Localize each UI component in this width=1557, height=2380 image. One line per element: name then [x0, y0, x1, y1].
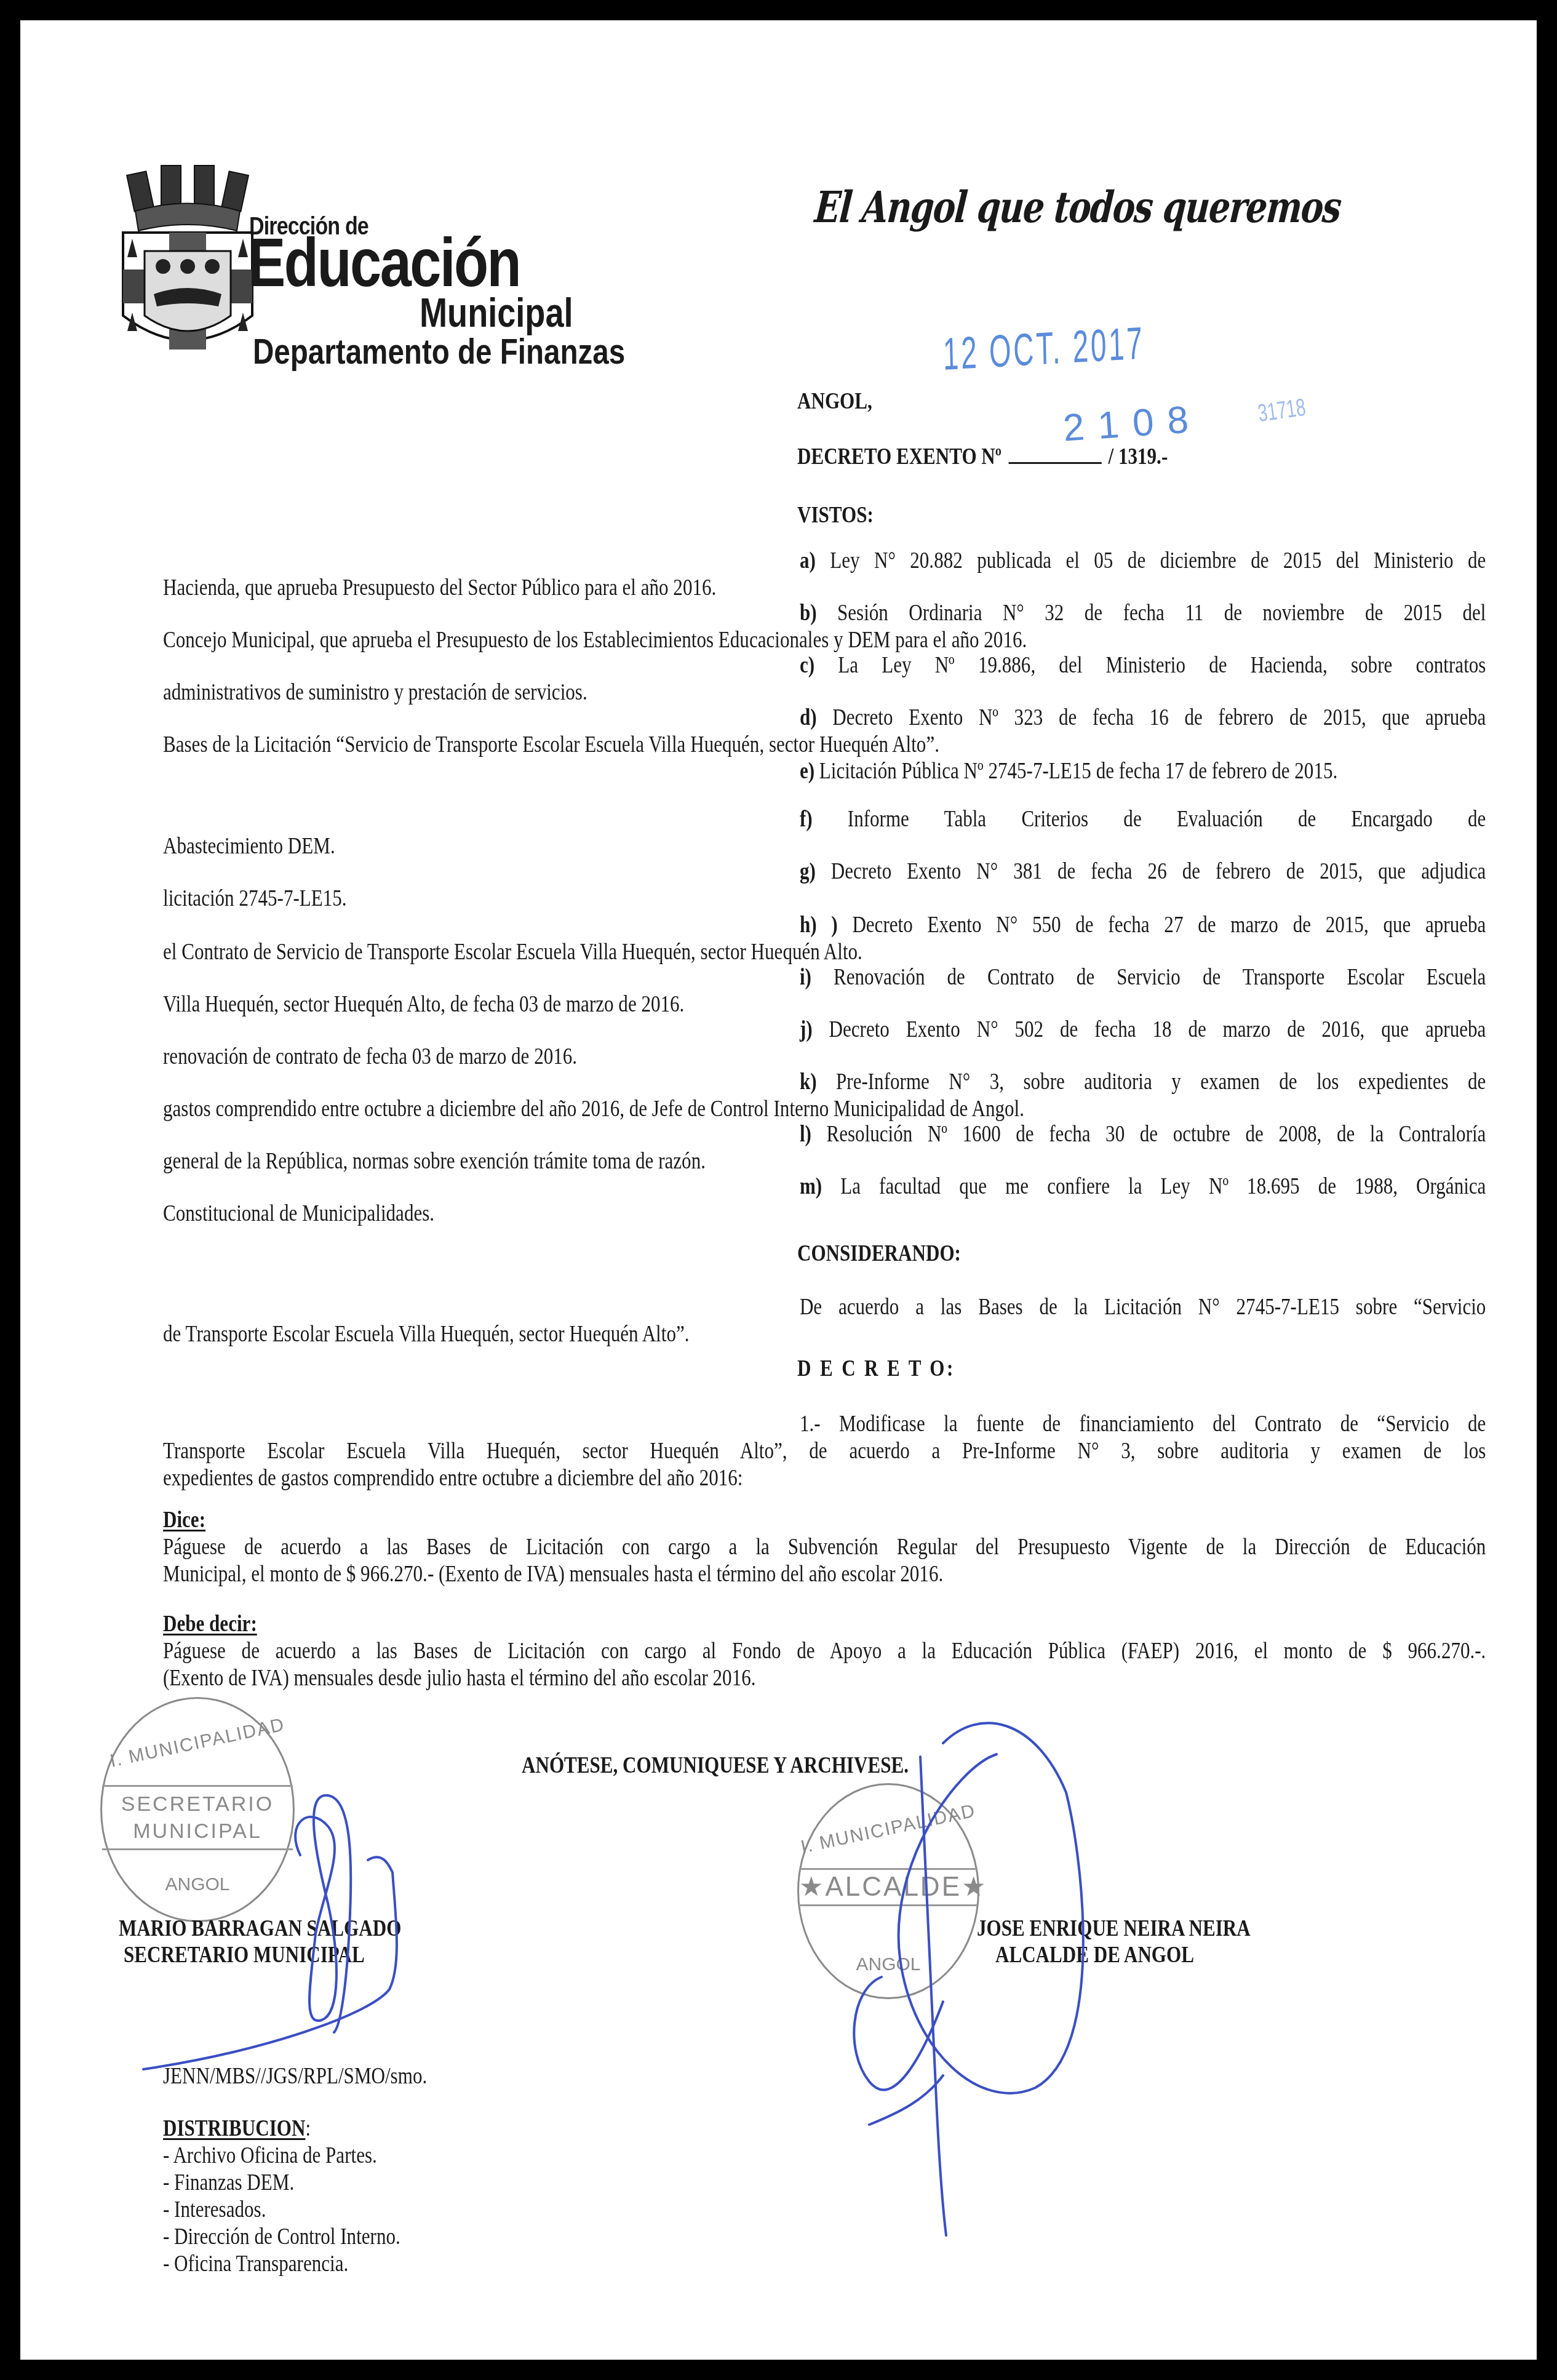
signatory-2-title: ALCALDE DE ANGOL — [995, 1942, 1194, 1969]
city-label: ANGOL, — [797, 388, 872, 415]
vistos-item-continuation: Concejo Municipal, que aprueba el Presup… — [163, 627, 1486, 654]
considerando-heading: CONSIDERANDO: — [797, 1240, 961, 1268]
vistos-item-label: f) — [800, 807, 813, 832]
vistos-item-continuation: gastos comprendido entre octubre a dicie… — [163, 1096, 1486, 1123]
vistos-item-label: a) — [800, 548, 816, 573]
vistos-item: f) Informe Tabla Criterios de Evaluación… — [163, 806, 1486, 860]
vistos-item: k) Pre-Informe N° 3, sobre auditoria y e… — [163, 1069, 1486, 1123]
vistos-item-first-line: Ley N° 20.882 publicada el 05 de diciemb… — [830, 548, 1486, 573]
vistos-item-first-line: Decreto Exento N° 502 de fecha 18 de mar… — [829, 1017, 1486, 1042]
vistos-item-continuation: Abastecimiento DEM. — [163, 833, 1486, 860]
vistos-item: j) Decreto Exento N° 502 de fecha 18 de … — [163, 1016, 1486, 1071]
small-stamp-mark: 31718 — [1256, 394, 1307, 428]
distribucion-heading: DISTRIBUCION: — [163, 2115, 311, 2142]
vistos-item-label: h) ) — [800, 912, 838, 938]
decree-suffix: / 1319.- — [1109, 444, 1168, 469]
vistos-item-first-line: La Ley Nº 19.886, del Ministerio de Haci… — [838, 653, 1486, 678]
distribucion-item: - Dirección de Control Interno. — [163, 2224, 400, 2251]
vistos-item-continuation: licitación 2745-7-LE15. — [163, 885, 1486, 912]
vistos-item-continuation: Bases de la Licitación “Servicio de Tran… — [163, 732, 1486, 759]
decreto-line-2: Transporte Escolar Escuela Villa Huequén… — [163, 1438, 1486, 1465]
vistos-item-continuation: Hacienda, que aprueba Presupuesto del Se… — [163, 575, 1486, 602]
vistos-item-label: m) — [800, 1174, 822, 1199]
vistos-heading: VISTOS: — [797, 502, 874, 529]
debe-decir-line-2: (Exento de IVA) mensuales desde julio ha… — [163, 1665, 1486, 1692]
vistos-item-continuation: administrativos de suministro y prestaci… — [163, 679, 1486, 706]
org-line-department: Departamento de Finanzas — [253, 334, 625, 370]
signatory-1-name: MARIO BARRAGAN SALGADO — [119, 1915, 401, 1943]
vistos-item: e) Licitación Pública Nº 2745-7-LE15 de … — [163, 758, 1486, 785]
initials-reference: JENN/MBS//JGS/RPL/SMO/smo. — [163, 2063, 427, 2090]
document-page: Dirección de Educación Municipal Departa… — [20, 20, 1537, 2360]
vistos-item-first-line: Pre-Informe N° 3, sobre auditoria y exam… — [836, 1069, 1486, 1095]
vistos-item-first-line: Resolución Nº 1600 de fecha 30 de octubr… — [826, 1122, 1486, 1147]
vistos-item: c) La Ley Nº 19.886, del Ministerio de H… — [163, 652, 1486, 706]
vistos-item: a) Ley N° 20.882 publicada el 05 de dici… — [163, 548, 1486, 602]
vistos-item: i) Renovación de Contrato de Servicio de… — [163, 964, 1486, 1018]
vistos-item-first-line: Renovación de Contrato de Servicio de Tr… — [834, 965, 1486, 990]
vistos-item-first-line: Licitación Pública Nº 2745-7-LE15 de fec… — [819, 759, 1337, 784]
vistos-item-label: j) — [800, 1017, 813, 1042]
vistos-item: h) ) Decreto Exento N° 550 de fecha 27 d… — [163, 912, 1486, 966]
org-line-educacion: Educación — [248, 228, 520, 297]
vistos-item-first-line: La facultad que me confiere la Ley Nº 18… — [840, 1174, 1486, 1199]
signatory-2-name: JOSE ENRIQUE NEIRA NEIRA — [977, 1915, 1251, 1943]
distribucion-item: - Archivo Oficina de Partes. — [163, 2142, 400, 2170]
vistos-item: m) La facultad que me confiere la Ley Nº… — [163, 1173, 1486, 1228]
closing-formula: ANÓTESE, COMUNIQUESE Y ARCHIVESE. — [522, 1752, 909, 1779]
signatory-1-title: SECRETARIO MUNICIPAL — [124, 1942, 365, 1969]
number-stamp: 2108 — [1062, 397, 1203, 450]
slogan: El Angol que todos queremos — [813, 182, 1343, 233]
dice-line-2: Municipal, el monto de $ 966.270.- (Exen… — [163, 1561, 1486, 1588]
considerando-rest: de Transporte Escolar Escuela Villa Hueq… — [163, 1321, 1486, 1348]
vistos-item-continuation: general de la República, normas sobre ex… — [163, 1148, 1486, 1175]
vistos-item: b) Sesión Ordinaria N° 32 de fecha 11 de… — [163, 600, 1486, 654]
alcalde-seal: I. MUNICIPALIDAD ★ALCALDE★ ANGOL — [797, 1783, 979, 1999]
decree-number-blank — [1008, 462, 1101, 464]
debe-decir-line-1: Páguese de acuerdo a las Bases de Licita… — [163, 1638, 1486, 1665]
vistos-item-first-line: Informe Tabla Criterios de Evaluación de… — [848, 807, 1486, 832]
decreto-first-line: 1.- Modificase la fuente de financiamien… — [163, 1411, 1486, 1438]
distribucion-list: - Archivo Oficina de Partes. - Finanzas … — [163, 2142, 400, 2278]
vistos-item-continuation: Villa Huequén, sector Huequén Alto, de f… — [163, 991, 1486, 1018]
decree-label: DECRETO EXENTO Nº — [797, 444, 1001, 469]
vistos-item-first-line: Decreto Exento Nº 323 de fecha 16 de feb… — [832, 705, 1486, 730]
vistos-item: l) Resolución Nº 1600 de fecha 30 de oct… — [163, 1121, 1486, 1175]
debe-decir-heading: Debe decir: — [163, 1611, 1486, 1638]
vistos-item-label: k) — [800, 1069, 817, 1095]
org-line-municipal: Municipal — [420, 292, 573, 333]
vistos-item-label: c) — [800, 653, 814, 678]
secretario-seal: I. MUNICIPALIDAD SECRETARIO MUNICIPAL AN… — [100, 1697, 295, 1922]
considerando-first-line: De acuerdo a las Bases de la Licitación … — [163, 1294, 1486, 1321]
vistos-item-continuation: renovación de contrato de fecha 03 de ma… — [163, 1044, 1486, 1071]
distribucion-item: - Finanzas DEM. — [163, 2170, 400, 2197]
debe-decir-section: Debe decir: Páguese de acuerdo a las Bas… — [163, 1611, 1486, 1692]
vistos-item-continuation: Constitucional de Municipalidades. — [163, 1200, 1486, 1228]
vistos-item-label: b) — [800, 601, 817, 626]
decreto-paragraph: 1.- Modificase la fuente de financiamien… — [163, 1411, 1486, 1492]
vistos-item-label: d) — [800, 705, 817, 730]
vistos-item-label: e) — [800, 759, 814, 784]
decreto-line-3: expedientes de gastos comprendido entre … — [163, 1465, 1486, 1492]
vistos-item-first-line: Decreto Exento N° 550 de fecha 27 de mar… — [852, 912, 1486, 938]
dice-section: Dice: Páguese de acuerdo a las Bases de … — [163, 1507, 1486, 1588]
decree-number-line: DECRETO EXENTO Nº / 1319.- — [797, 444, 1168, 471]
vistos-item: d) Decreto Exento Nº 323 de fecha 16 de … — [163, 705, 1486, 759]
vistos-item-first-line: Sesión Ordinaria N° 32 de fecha 11 de no… — [837, 601, 1486, 626]
distribucion-item: - Interesados. — [163, 2197, 400, 2224]
vistos-item-first-line: Decreto Exento N° 381 de fecha 26 de feb… — [831, 859, 1486, 884]
decreto-heading: D E C R E T O: — [797, 1356, 955, 1383]
vistos-item: g) Decreto Exento N° 381 de fecha 26 de … — [163, 858, 1486, 912]
vistos-item-continuation: el Contrato de Servicio de Transporte Es… — [163, 939, 1486, 966]
considerando-paragraph: De acuerdo a las Bases de la Licitación … — [163, 1294, 1486, 1348]
vistos-item-label: i) — [800, 965, 811, 990]
dice-line-1: Páguese de acuerdo a las Bases de Licita… — [163, 1534, 1486, 1561]
vistos-item-label: l) — [800, 1122, 811, 1147]
dice-heading: Dice: — [163, 1507, 1486, 1534]
date-stamp: 12 OCT. 2017 — [942, 317, 1145, 380]
municipal-coat-of-arms-icon — [117, 162, 258, 353]
distribucion-item: - Oficina Transparencia. — [163, 2251, 400, 2278]
vistos-item-label: g) — [800, 859, 816, 884]
